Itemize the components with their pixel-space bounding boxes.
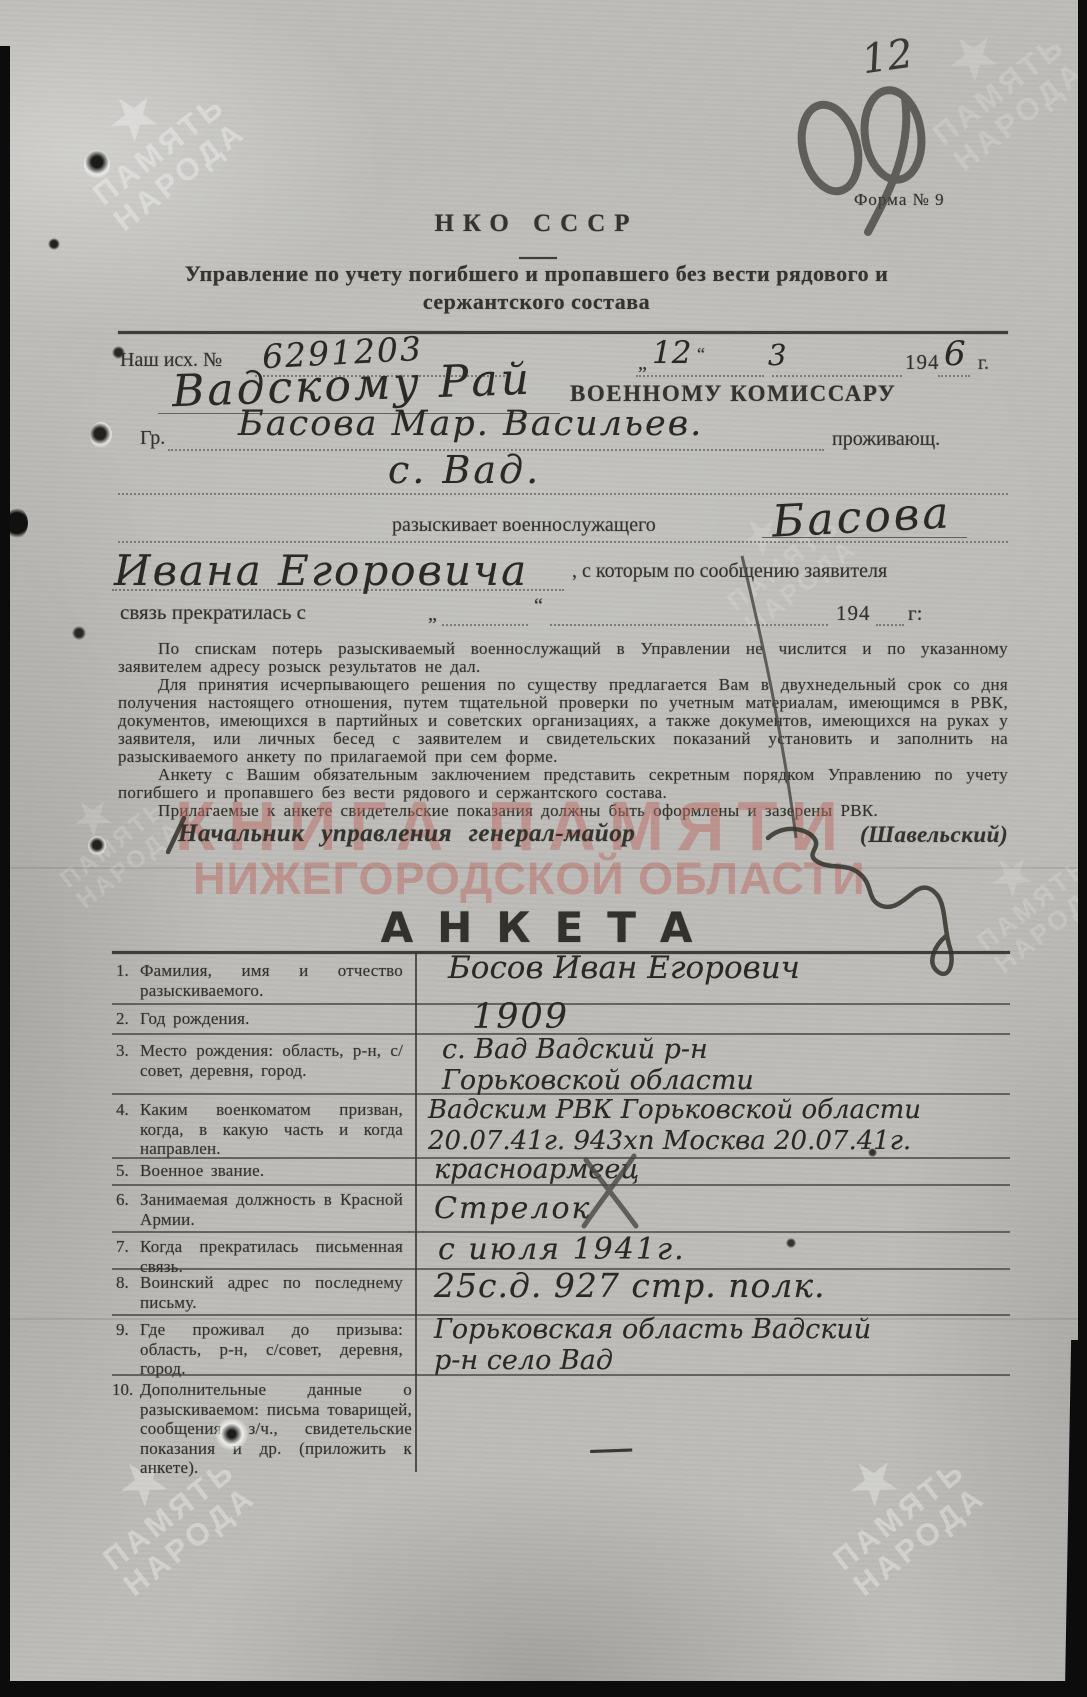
row-question: Каким военкоматом призван, когда, в каку… xyxy=(140,1100,403,1159)
row-number: 1. xyxy=(116,961,129,981)
scan-edge-right-lower xyxy=(1065,1340,1087,1697)
row-question: Когда прекратилась письменная связь. xyxy=(140,1237,403,1276)
row-number: 6. xyxy=(116,1190,129,1210)
fold-crease xyxy=(0,867,1087,869)
seeks-name-hand: Ивана Егоровича xyxy=(114,546,528,595)
date-month-line xyxy=(772,375,902,377)
paper-damage xyxy=(72,626,86,640)
paper-damage xyxy=(48,238,60,250)
row-number: 7. xyxy=(116,1237,129,1257)
star-icon: ★ xyxy=(939,22,1008,91)
signatory-name: (Шавельский) xyxy=(860,822,1008,848)
pencil-page-number: 12 xyxy=(859,31,916,84)
contact-year: 194 xyxy=(836,601,871,626)
date-year-hand: 6 xyxy=(944,334,966,374)
paper-damage xyxy=(90,422,112,448)
row-question: Место рождения: область, р-н, с/совет, д… xyxy=(140,1041,403,1080)
date-day: 12 xyxy=(652,335,691,371)
row-number: 10. xyxy=(112,1380,133,1400)
department-line2: сержантского состава xyxy=(0,289,1073,315)
seeks-printed: разыскивает военнослужащего xyxy=(392,514,656,537)
paper-damage xyxy=(868,1148,877,1157)
fold-crease xyxy=(0,1318,1087,1320)
contact-line2 xyxy=(550,624,828,626)
applicant-label: Гр. xyxy=(140,427,165,450)
row-answer: Горьковская область Вадский р-н село Вад xyxy=(434,1314,871,1376)
applicant-suffix: проживающ. xyxy=(832,428,940,451)
archive-watermark: ★ ПАМЯТЬ НАРОДА xyxy=(796,1414,992,1603)
row-question: Фамилия, имя и отчество разыскиваемого. xyxy=(140,961,403,1000)
row-question: Военное звание. xyxy=(140,1161,403,1181)
row-question: Воинский адрес по последнему письму. xyxy=(140,1273,403,1312)
questionnaire-title: АНКЕТА xyxy=(0,903,1073,952)
paper-damage xyxy=(112,346,125,359)
row-number: 3. xyxy=(116,1041,129,1061)
archive-watermark: ★ ПАМЯТЬ НАРОДА xyxy=(896,0,1087,177)
header-rule xyxy=(118,331,1008,334)
applicant-address-hand: с. Вад. xyxy=(388,448,541,492)
paper-damage xyxy=(88,836,106,856)
org-title-dash xyxy=(519,257,557,259)
table-column-divider xyxy=(415,951,417,1472)
row-question: Год рождения. xyxy=(140,1009,403,1029)
date-day-line xyxy=(636,375,764,377)
paper-damage xyxy=(214,1418,248,1450)
scanned-document-page: ★ ПАМЯТЬ НАРОДА ★ ПАМЯТЬ НАРОДА ★ ПАМЯТЬ… xyxy=(0,0,1087,1697)
seeks-printed2: , с которым по сообщению заявителя xyxy=(572,560,887,583)
paragraph-3: Анкету с Вашим обязательным заключением … xyxy=(118,766,1008,802)
row-question: Где проживал до призыва: область, р-н, с… xyxy=(140,1320,403,1379)
contact-printed: связь прекратилась с xyxy=(120,600,306,625)
contact-line3 xyxy=(876,624,904,626)
row-answer: Стрелок xyxy=(434,1191,591,1226)
row-answer: с. Вад Вадский р-н Горьковской области xyxy=(442,1034,754,1096)
department-line1: Управление по учету погибшего и пропавше… xyxy=(0,261,1073,287)
row-answer: 1909 xyxy=(472,997,569,1037)
star-icon: ★ xyxy=(99,82,168,151)
paper-damage xyxy=(84,150,110,180)
date-close-quote: “ xyxy=(697,344,705,365)
date-suffix: г. xyxy=(978,352,989,375)
row-number: 5. xyxy=(116,1161,129,1181)
paragraph-1: По спискам потерь разыскиваемый военносл… xyxy=(118,640,1008,676)
row-number: 8. xyxy=(116,1273,129,1293)
contact-close-quote: “ xyxy=(534,595,543,618)
contact-open-quote: „ xyxy=(428,603,437,626)
seeks-name-underline xyxy=(112,589,564,591)
contact-line1 xyxy=(442,624,528,626)
row-question: Занимаемая должность в Красной Армии. xyxy=(140,1190,403,1229)
paper-damage xyxy=(786,1238,796,1248)
paragraph-2: Для принятия исчерпывающего решения по с… xyxy=(118,676,1008,766)
applicant-name-hand: Басова Мар. Васильев. xyxy=(238,404,703,444)
row-answer: 25с.д. 927 стр. полк. xyxy=(434,1266,826,1305)
star-icon: ★ xyxy=(839,1447,908,1516)
row-number: 4. xyxy=(116,1100,129,1120)
date-open-quote: „ xyxy=(638,352,647,375)
signatory-title: Начальник управления генерал-майор xyxy=(178,820,635,848)
row-number: 2. xyxy=(116,1009,129,1029)
date-year-printed: 194 xyxy=(905,350,940,375)
row-answer: Босов Иван Егорович xyxy=(448,950,800,986)
seeks-surname-underline xyxy=(762,537,967,538)
letter-body: По спискам потерь разыскиваемый военносл… xyxy=(118,640,1008,820)
row-question: Дополнительные данные о разыскиваемом: п… xyxy=(140,1380,412,1478)
row-answer: с июля 1941г. xyxy=(438,1232,686,1267)
red-watermark-line2: НИЖЕГОРОДСКОЙ ОБЛАСТИ xyxy=(193,853,866,905)
row-answer: Вадским РВК Горьковской области 20.07.41… xyxy=(428,1095,921,1157)
row-number: 9. xyxy=(116,1320,129,1340)
seeks-underline xyxy=(118,541,1008,543)
seeks-surname-hand: Басова xyxy=(771,487,953,547)
row-answer-dash: — xyxy=(587,1419,635,1475)
date-month: 3 xyxy=(768,338,786,372)
paragraph-4: Прилагаемые к анкете свидетельские показ… xyxy=(118,802,1008,820)
org-title: НКО СССР xyxy=(0,210,1073,238)
scan-edge-bottom xyxy=(0,1681,1087,1697)
form-number-label: Форма № 9 xyxy=(854,190,945,210)
contact-suffix: г: xyxy=(908,601,922,626)
row-answer: красноармеец xyxy=(434,1154,639,1185)
scan-edge-left xyxy=(0,46,10,1697)
date-year-line xyxy=(938,375,970,377)
star-icon: ★ xyxy=(982,846,1041,905)
